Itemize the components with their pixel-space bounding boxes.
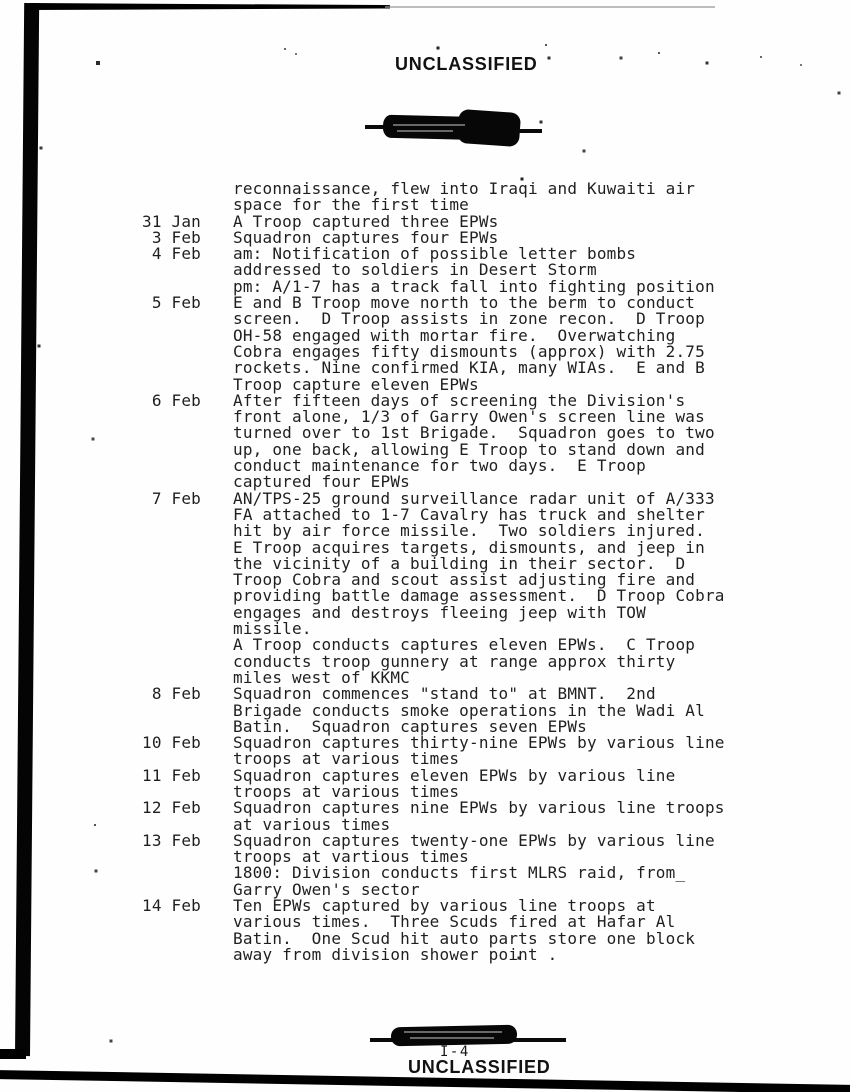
scan-edge-left (15, 3, 39, 1056)
entry-date: 4 Feb (142, 246, 233, 295)
log-entry: 13 FebSquadron captures twenty-one EPWs … (142, 833, 725, 898)
redaction-bar-top (365, 108, 550, 150)
entry-text: AN/TPS-25 ground surveillance radar unit… (233, 491, 725, 687)
entry-text: am: Notification of possible letter bomb… (233, 246, 715, 295)
entry-date (142, 181, 233, 214)
log-entry: 12 FebSquadron captures nine EPWs by var… (142, 800, 725, 833)
entry-text: Squadron captures thirty-nine EPWs by va… (233, 735, 725, 768)
scan-edge-top-faint (385, 6, 715, 8)
document-page: UNCLASSIFIED reconnaissance, flew into I… (0, 0, 850, 1092)
entry-text: Ten EPWs captured by various line troops… (233, 898, 695, 963)
log-entry: 7 FebAN/TPS-25 ground surveillance radar… (142, 491, 725, 687)
redaction-blob (457, 109, 521, 147)
entry-text: After fifteen days of screening the Divi… (233, 393, 715, 491)
entry-date: 8 Feb (142, 686, 233, 735)
log-entry: 8 FebSquadron commences "stand to" at BM… (142, 686, 725, 735)
scan-noise-specks (0, 0, 2, 2)
redaction-streak (397, 130, 453, 132)
log-entry: 11 FebSquadron captures eleven EPWs by v… (142, 768, 725, 801)
entry-date: 7 Feb (142, 491, 233, 687)
entry-text: Squadron captures eleven EPWs by various… (233, 768, 675, 801)
redaction-streak (404, 1031, 502, 1033)
classification-banner-bottom: UNCLASSIFIED (408, 1057, 551, 1078)
entry-date: 13 Feb (142, 833, 233, 898)
scan-edge-top (30, 3, 390, 10)
log-entry: 5 FebE and B Troop move north to the ber… (142, 295, 725, 393)
log-entry: reconnaissance, flew into Iraqi and Kuwa… (142, 181, 725, 214)
log-entry: 14 FebTen EPWs captured by various line … (142, 898, 725, 963)
log-entry: 6 FebAfter fifteen days of screening the… (142, 393, 725, 491)
entry-date: 10 Feb (142, 735, 233, 768)
redaction-streak (410, 1037, 494, 1039)
entry-text: reconnaissance, flew into Iraqi and Kuwa… (233, 181, 695, 214)
entry-date: 12 Feb (142, 800, 233, 833)
event-log: reconnaissance, flew into Iraqi and Kuwa… (142, 181, 725, 963)
entry-text: E and B Troop move north to the berm to … (233, 295, 705, 393)
entry-text: Squadron captures twenty-one EPWs by var… (233, 833, 715, 898)
redaction-streak (393, 124, 465, 126)
log-entry: 4 Febam: Notification of possible letter… (142, 246, 725, 295)
scan-edge-bottom-corner (0, 1049, 26, 1059)
redaction-bar-bottom (370, 1024, 570, 1050)
classification-banner-top: UNCLASSIFIED (395, 54, 538, 75)
redaction-line-right (516, 129, 542, 133)
entry-date: 11 Feb (142, 768, 233, 801)
entry-date: 6 Feb (142, 393, 233, 491)
entry-text: Squadron commences "stand to" at BMNT. 2… (233, 686, 705, 735)
log-entry: 10 FebSquadron captures thirty-nine EPWs… (142, 735, 725, 768)
entry-text: Squadron captures nine EPWs by various l… (233, 800, 725, 833)
entry-date: 14 Feb (142, 898, 233, 963)
entry-date: 5 Feb (142, 295, 233, 393)
